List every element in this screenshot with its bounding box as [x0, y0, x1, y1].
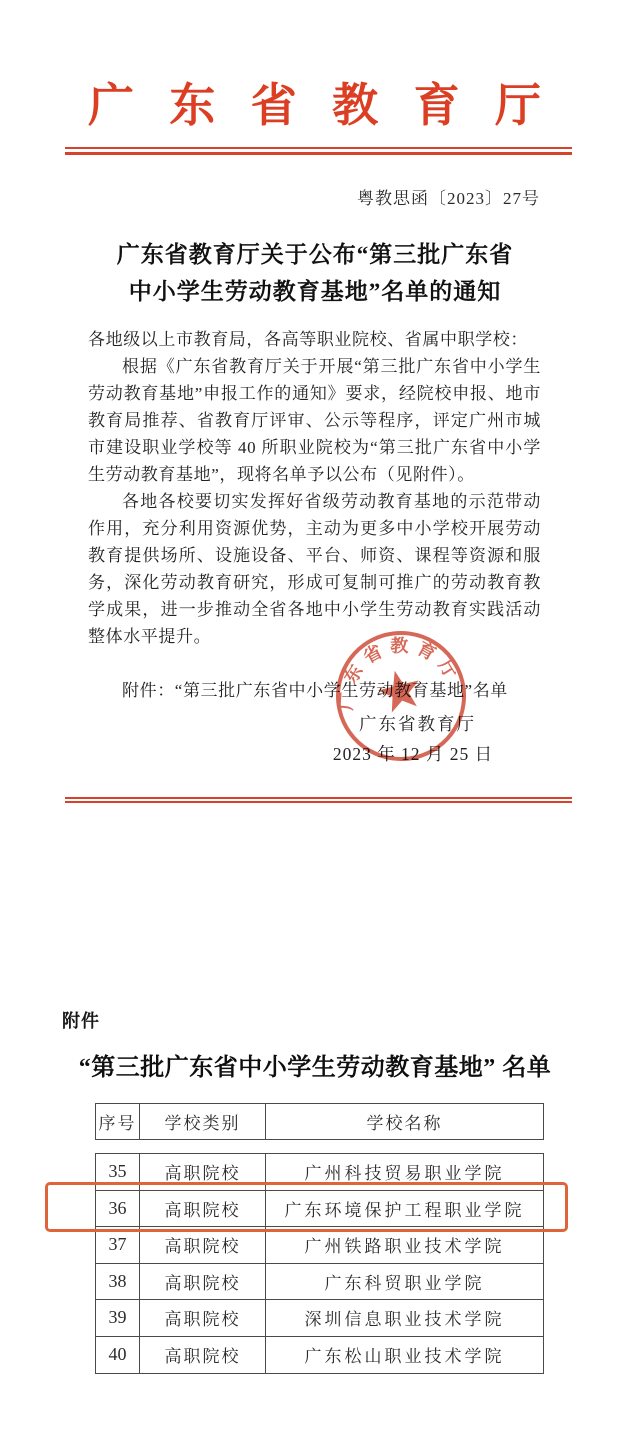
- table-cell-name: 广州铁路职业技术学院: [266, 1227, 543, 1264]
- document-number: 粤教思函〔2023〕27号: [88, 184, 540, 209]
- attachment-reference: 附件：“第三批广东省中小学生劳动教育基地”名单: [88, 677, 541, 704]
- agency-char: 教: [332, 78, 378, 134]
- document-title: 广东省教育厅关于公布“第三批广东省 中小学生劳动教育基地”名单的通知: [55, 236, 575, 310]
- table-cell-name: 广东科贸职业学院: [266, 1264, 543, 1301]
- agency-char: 广: [88, 78, 134, 134]
- table-cell-name: 深圳信息职业技术学院: [266, 1300, 543, 1337]
- table-cell-type: 高职院校: [140, 1300, 266, 1337]
- attachment-label: 附件: [62, 1007, 100, 1033]
- table-cell-no: 38: [96, 1264, 140, 1301]
- paragraph-1: 根据《广东省教育厅关于开展“第三批广东省中小学生劳动教育基地”申报工作的通知》要…: [88, 353, 541, 488]
- document-body: 各地级以上市教育局，各高等职业院校、省属中职学校： 根据《广东省教育厅关于开展“…: [88, 326, 541, 704]
- table-cell-no: 39: [96, 1300, 140, 1337]
- document-title-line1: 广东省教育厅关于公布“第三批广东省: [55, 236, 575, 273]
- agency-char: 东: [169, 78, 215, 134]
- table-cell-no: 40: [96, 1337, 140, 1374]
- document-page: 广 东 省 教 育 厅 粤教思函〔2023〕27号 广东省教育厅关于公布“第三批…: [0, 0, 630, 1438]
- document-title-line2: 中小学生劳动教育基地”名单的通知: [55, 273, 575, 310]
- letterhead-divider-rule: [65, 147, 572, 155]
- agency-char: 省: [251, 78, 297, 134]
- column-header-type: 学校类别: [140, 1104, 266, 1139]
- agency-char: 育: [414, 78, 460, 134]
- column-header-name: 学校名称: [266, 1104, 543, 1139]
- letterhead-agency-title: 广 东 省 教 育 厅: [88, 78, 541, 134]
- attachment-title: “第三批广东省中小学生劳动教育基地” 名单: [0, 1047, 630, 1082]
- salutation: 各地级以上市教育局，各高等职业院校、省属中职学校：: [88, 326, 541, 353]
- column-header-no: 序号: [96, 1104, 140, 1139]
- signature-date: 2023 年 12 月 25 日: [288, 741, 538, 766]
- agency-char: 厅: [495, 78, 541, 134]
- schools-table-header: 序号 学校类别 学校名称: [95, 1103, 544, 1140]
- table-cell-no: 37: [96, 1227, 140, 1264]
- paragraph-2: 各地各校要切实发挥好省级劳动教育基地的示范带动作用，充分利用资源优势，主动为更多…: [88, 488, 541, 650]
- row-36-highlight-annotation: [45, 1182, 568, 1232]
- table-cell-name: 广东松山职业技术学院: [266, 1337, 543, 1374]
- table-cell-type: 高职院校: [140, 1227, 266, 1264]
- footer-divider-rule: [65, 797, 572, 803]
- table-cell-type: 高职院校: [140, 1264, 266, 1301]
- table-cell-type: 高职院校: [140, 1337, 266, 1374]
- signature-organization: 广东省教育厅: [300, 711, 535, 736]
